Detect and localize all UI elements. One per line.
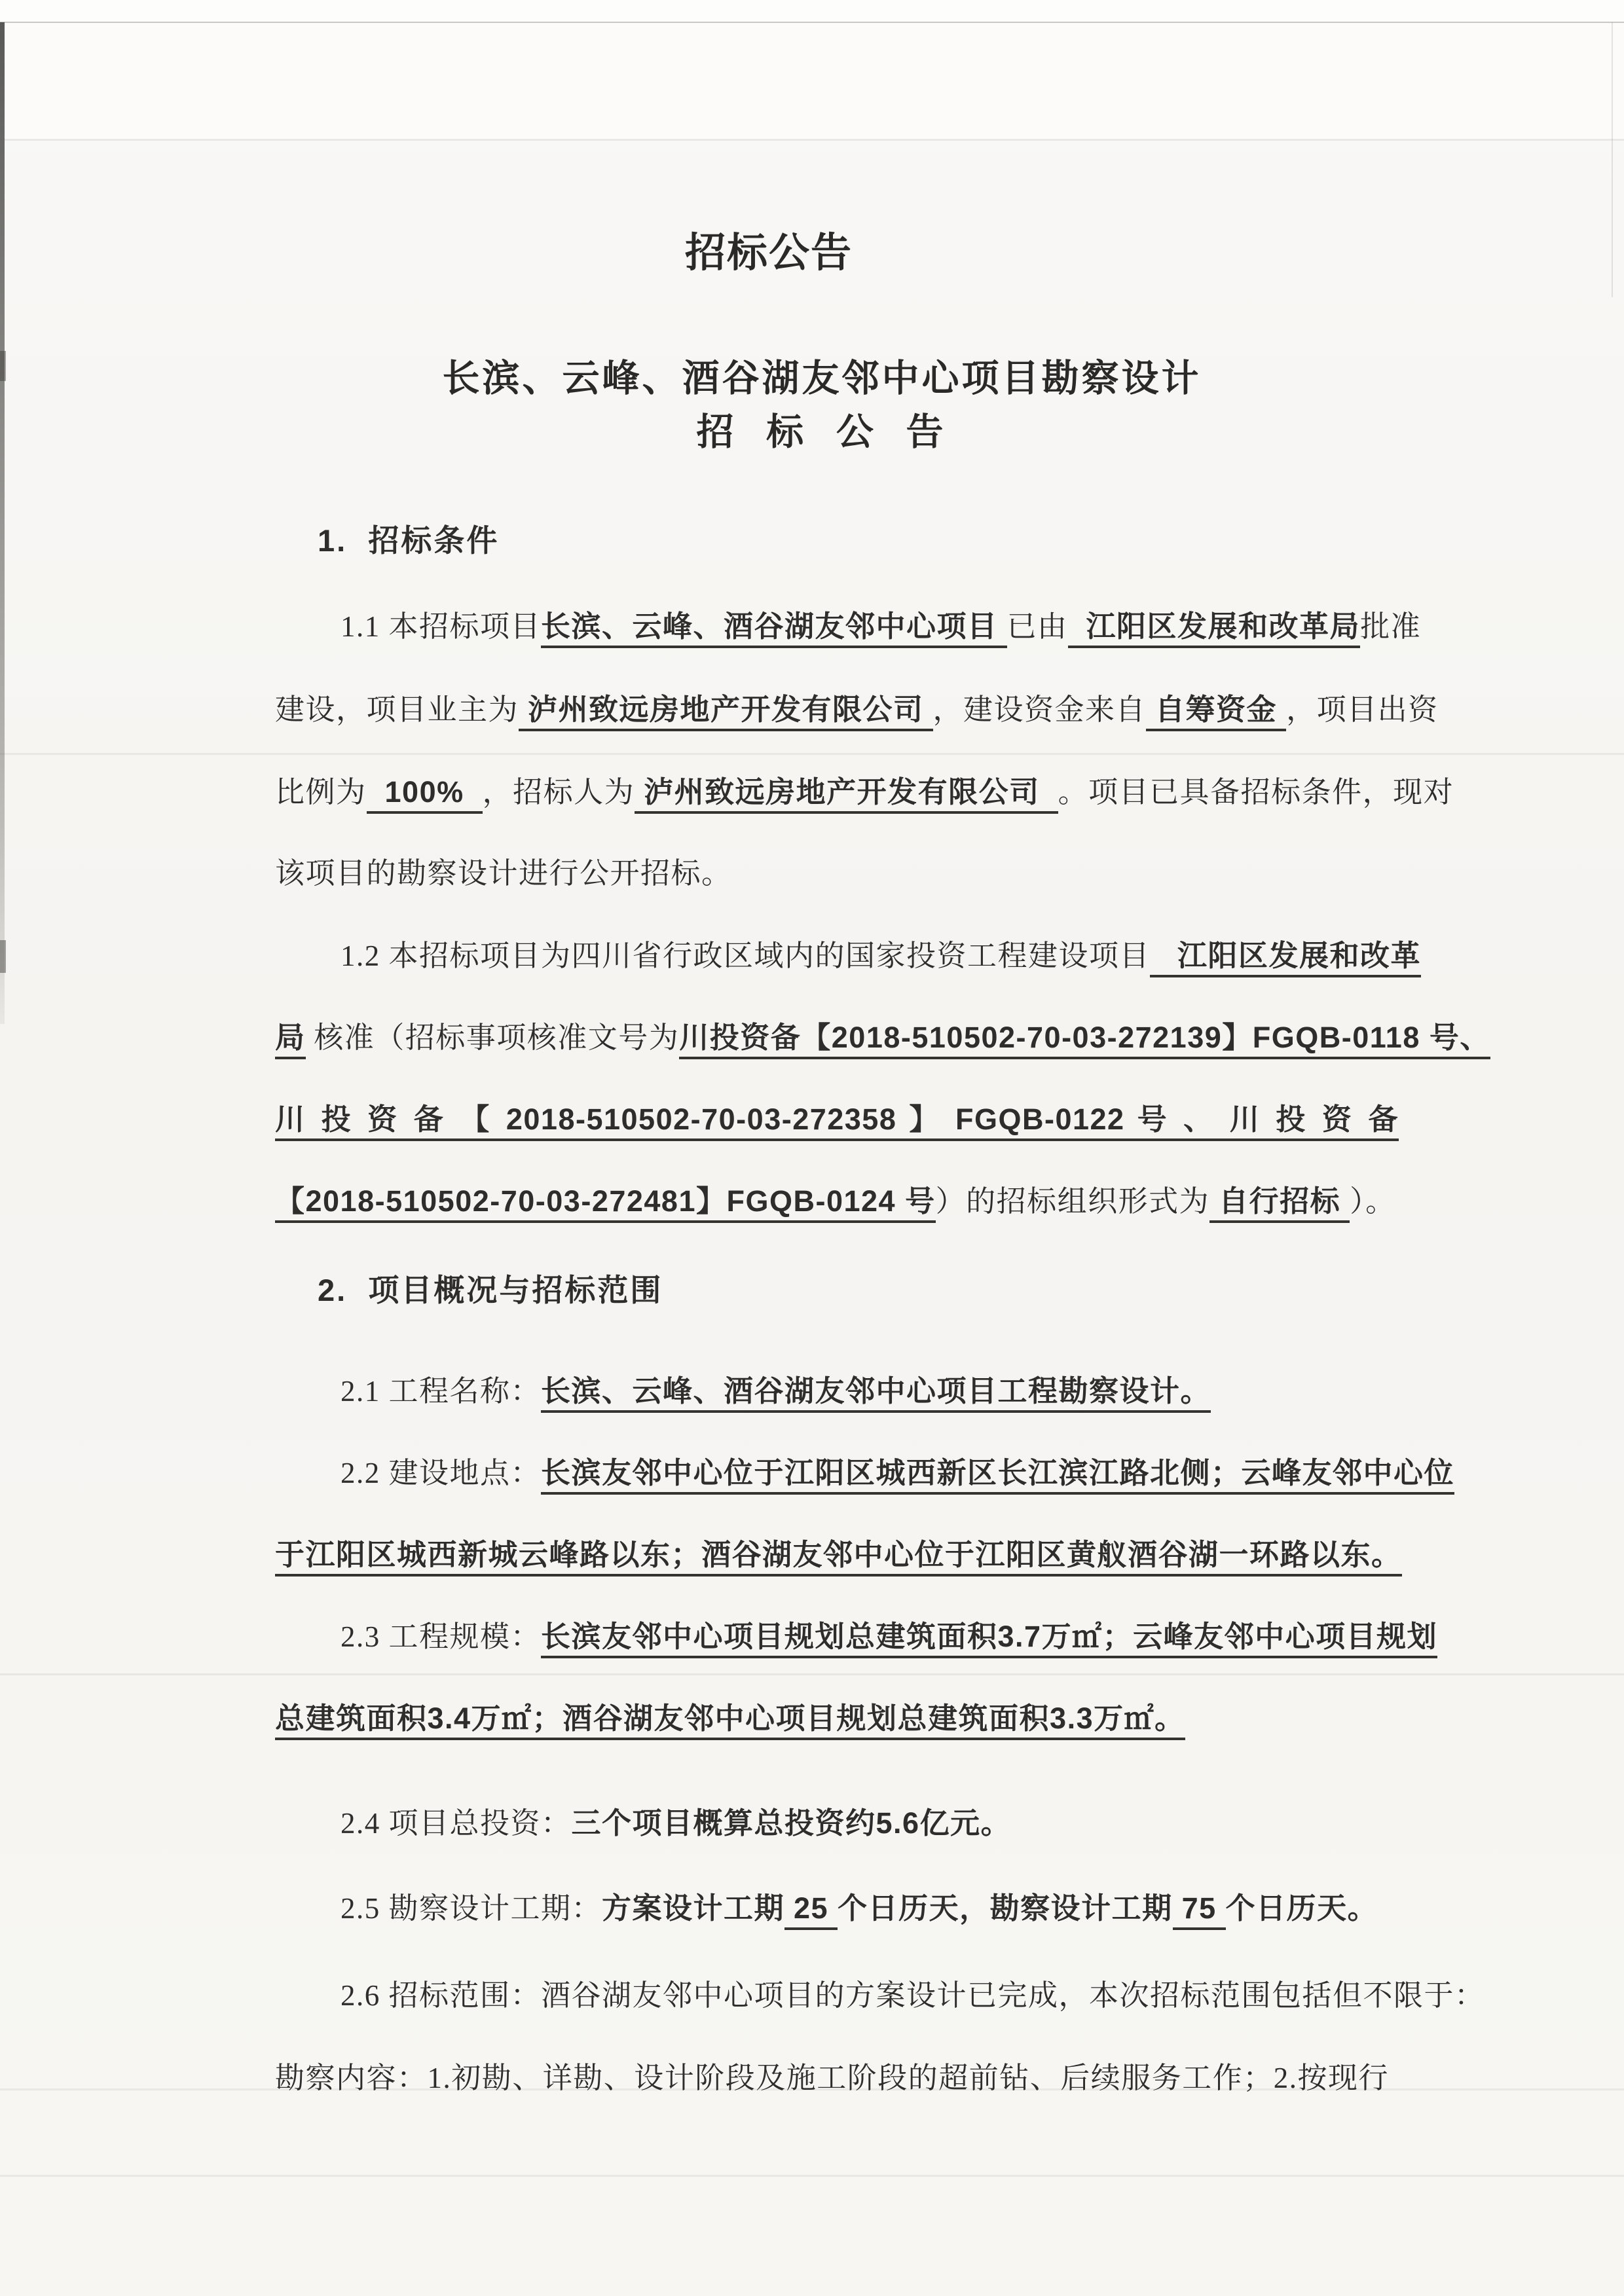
filled-blank-text: 【2018-510502-70-03-272481】FGQB-0124 号 bbox=[275, 1184, 936, 1223]
body-text: 1.2 本招标项目为四川省行政区域内的国家投资工程建设项目 bbox=[341, 939, 1150, 972]
body-text: ，招标人为 bbox=[483, 776, 635, 809]
scan-band-line bbox=[0, 139, 1624, 141]
body-text: 该项目的勘察设计进行公开招标。 bbox=[275, 857, 732, 890]
text-line: 川 投 资 备 【 2018-510502-70-03-272358 】 FGQ… bbox=[275, 1102, 1399, 1137]
body-text: 2.3 工程规模： bbox=[341, 1620, 541, 1653]
filled-blank-text: 局 bbox=[275, 1021, 306, 1059]
body-text: 2. 项目概况与招标范围 bbox=[318, 1273, 663, 1307]
filled-blank-text: 于江阳区城西新城云峰路以东；酒谷湖友邻中心位于江阳区黄舣酒谷湖一环路以东。 bbox=[275, 1538, 1402, 1576]
body-text: 个日历天。 bbox=[1226, 1891, 1378, 1925]
text-line: 1.1 本招标项目长滨、云峰、酒谷湖友邻中心项目 已由 江阳区发展和改革局批准 bbox=[341, 609, 1421, 644]
text-line: 2.5 勘察设计工期：方案设计工期 25 个日历天，勘察设计工期 75 个日历天… bbox=[341, 1891, 1378, 1926]
text-line: 2.3 工程规模：长滨友邻中心项目规划总建筑面积3.7万㎡；云峰友邻中心项目规划 bbox=[341, 1619, 1437, 1654]
filled-blank-text: 川 投 资 备 【 2018-510502-70-03-272358 】 FGQ… bbox=[275, 1102, 1399, 1141]
body-text: ）。 bbox=[1350, 1185, 1396, 1218]
filled-blank-text: 100% bbox=[367, 775, 483, 814]
text-line: 于江阳区城西新城云峰路以东；酒谷湖友邻中心位于江阳区黄舣酒谷湖一环路以东。 bbox=[275, 1537, 1402, 1573]
document-subtitle-notice: 招 标 公 告 bbox=[0, 402, 1624, 456]
scan-left-mark bbox=[0, 940, 6, 973]
scanned-page: 招标公告 长滨、云峰、酒谷湖友邻中心项目勘察设计 招 标 公 告 1. 招标条件… bbox=[0, 0, 1624, 2296]
text-line: 比例为 100% ，招标人为 泸州致远房地产开发有限公司 。项目已具备招标条件，… bbox=[275, 774, 1454, 810]
body-text: 2.1 工程名称： bbox=[341, 1375, 541, 1408]
text-line: 建设，项目业主为 泸州致远房地产开发有限公司 ，建设资金来自 自筹资金 ，项目出… bbox=[275, 692, 1439, 727]
body-text: 批准 bbox=[1360, 610, 1421, 643]
scan-band-line bbox=[0, 753, 1624, 755]
scan-band-line bbox=[0, 2175, 1624, 2177]
filled-blank-text: 川投资备【2018-510502-70-03-272139】FGQB-0118 … bbox=[679, 1021, 1490, 1059]
body-text: ，建设资金来自 bbox=[933, 693, 1147, 726]
scan-band-line bbox=[0, 1673, 1624, 1675]
text-line: 2. 项目概况与招标范围 bbox=[318, 1272, 663, 1309]
text-line: 局 核准（招标事项核准文号为川投资备【2018-510502-70-03-272… bbox=[275, 1020, 1490, 1055]
body-text: 比例为 bbox=[275, 776, 367, 809]
body-text: 2.5 勘察设计工期： bbox=[341, 1892, 602, 1925]
filled-blank-text: 自行招标 bbox=[1209, 1184, 1350, 1223]
filled-blank-text: 江阳区发展和改革局 bbox=[1068, 610, 1361, 648]
body-text: 建设，项目业主为 bbox=[275, 693, 519, 726]
body-text: 方案设计工期 bbox=[602, 1891, 784, 1925]
text-line: 总建筑面积3.4万㎡；酒谷湖友邻中心项目规划总建筑面积3.3万㎡。 bbox=[275, 1701, 1185, 1736]
body-text: 1.1 本招标项目 bbox=[341, 610, 541, 643]
scan-page-right-edge bbox=[1612, 22, 1613, 297]
filled-blank-text: 泸州致远房地产开发有限公司 bbox=[519, 693, 933, 731]
body-text: 。项目已具备招标条件，现对 bbox=[1058, 776, 1454, 809]
text-line: 2.1 工程名称：长滨、云峰、酒谷湖友邻中心项目工程勘察设计。 bbox=[341, 1374, 1211, 1409]
scan-top-margin bbox=[0, 0, 1624, 22]
text-line: 该项目的勘察设计进行公开招标。 bbox=[275, 856, 732, 891]
text-line: 勘察内容：1.初勘、详勘、设计阶段及施工阶段的超前钻、后续服务工作；2.按现行 bbox=[275, 2061, 1389, 2096]
filled-blank-text: 江阳区发展和改革 bbox=[1150, 939, 1421, 977]
body-text: ，项目出资 bbox=[1286, 693, 1439, 726]
text-line: 2.6 招标范围：酒谷湖友邻中心项目的方案设计已完成，本次招标范围包括但不限于： bbox=[341, 1978, 1485, 2013]
filled-blank-text: 长滨、云峰、酒谷湖友邻中心项目 bbox=[541, 610, 1007, 648]
body-text: 勘察内容：1.初勘、详勘、设计阶段及施工阶段的超前钻、后续服务工作；2.按现行 bbox=[275, 2062, 1389, 2094]
body-text: 三个项目概算总投资约5.6亿元。 bbox=[572, 1806, 1012, 1840]
scan-page-left-edge bbox=[0, 22, 5, 1024]
document-title: 招标公告 bbox=[0, 220, 1538, 278]
body-text: 已由 bbox=[1007, 610, 1068, 643]
filled-blank-text: 总建筑面积3.4万㎡；酒谷湖友邻中心项目规划总建筑面积3.3万㎡。 bbox=[275, 1702, 1185, 1740]
filled-blank-text: 25 bbox=[784, 1891, 838, 1930]
body-text: 个日历天，勘察设计工期 bbox=[838, 1891, 1173, 1925]
text-line: 【2018-510502-70-03-272481】FGQB-0124 号）的招… bbox=[275, 1184, 1396, 1219]
text-line: 2.2 建设地点：长滨友邻中心位于江阳区城西新区长江滨江路北侧；云峰友邻中心位 bbox=[341, 1455, 1454, 1491]
document-subtitle-project: 长滨、云峰、酒谷湖友邻中心项目勘察设计 bbox=[0, 348, 1624, 402]
filled-blank-text: 自筹资金 bbox=[1146, 693, 1286, 731]
body-text: 2.4 项目总投资： bbox=[341, 1807, 572, 1840]
text-line: 1.2 本招标项目为四川省行政区域内的国家投资工程建设项目 江阳区发展和改革 bbox=[341, 938, 1421, 974]
filled-blank-text: 长滨友邻中心项目规划总建筑面积3.7万㎡；云峰友邻中心项目规划 bbox=[541, 1620, 1437, 1658]
filled-blank-text: 泸州致远房地产开发有限公司 bbox=[635, 775, 1058, 814]
body-text: 核准（招标事项核准文号为 bbox=[306, 1021, 680, 1054]
filled-blank-text: 75 bbox=[1173, 1891, 1226, 1930]
scan-page-top-edge bbox=[0, 22, 1624, 23]
body-text: ）的招标组织形式为 bbox=[936, 1185, 1210, 1218]
text-line: 2.4 项目总投资：三个项目概算总投资约5.6亿元。 bbox=[341, 1806, 1011, 1841]
body-text: 2.6 招标范围：酒谷湖友邻中心项目的方案设计已完成，本次招标范围包括但不限于： bbox=[341, 1979, 1485, 2012]
body-text: 1. 招标条件 bbox=[318, 523, 499, 558]
filled-blank-text: 长滨友邻中心位于江阳区城西新区长江滨江路北侧；云峰友邻中心位 bbox=[541, 1456, 1454, 1495]
scan-light-band bbox=[0, 24, 1624, 139]
text-line: 1. 招标条件 bbox=[318, 522, 499, 559]
filled-blank-text: 长滨、云峰、酒谷湖友邻中心项目工程勘察设计。 bbox=[541, 1374, 1211, 1413]
body-text: 2.2 建设地点： bbox=[341, 1457, 541, 1489]
